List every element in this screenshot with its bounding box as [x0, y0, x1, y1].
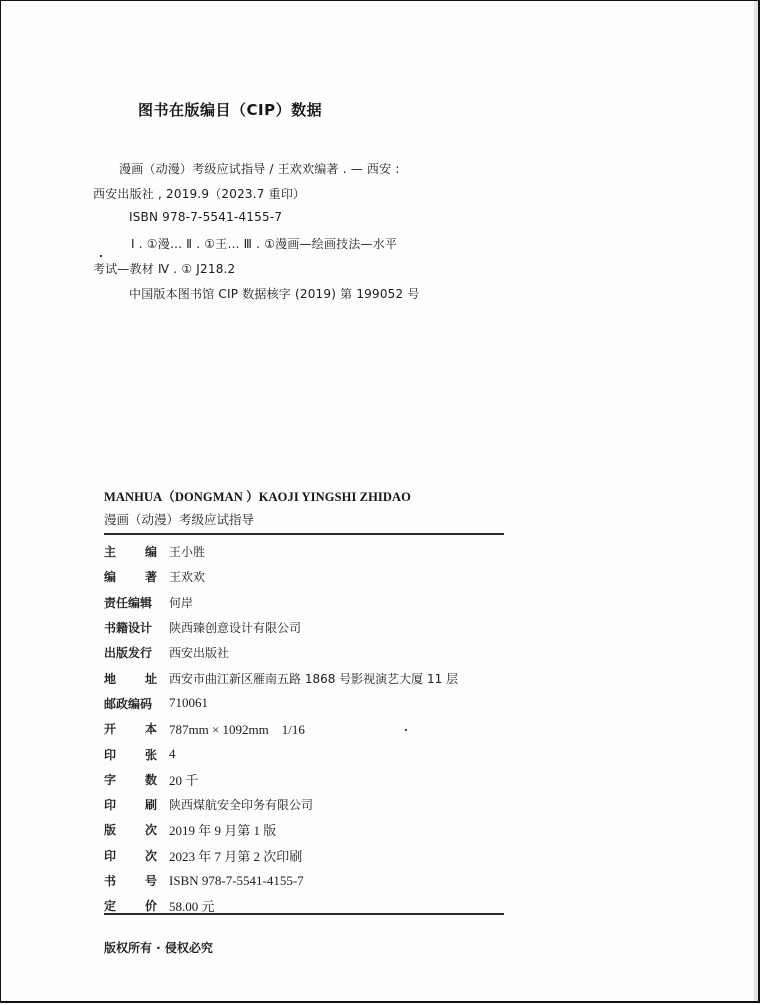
info-value: 何岸 — [169, 594, 193, 611]
book-title-pinyin: MANHUA（DONGMAN ）KAOJI YINGSHI ZHIDAO — [104, 487, 411, 505]
info-value: 2023 年 7 月第 2 次印刷 — [169, 846, 302, 865]
info-label-part: 著 — [145, 568, 157, 585]
info-row: 主编王小胜 — [104, 539, 524, 564]
top-divider — [104, 533, 504, 535]
info-value: 西安出版社 — [169, 644, 229, 661]
info-value: 2019 年 9 月第 1 版 — [169, 820, 276, 839]
info-value: ISBN 978-7-5541-4155-7 — [169, 873, 304, 889]
info-label: 编著 — [104, 568, 157, 585]
info-label: 邮政编码 — [104, 695, 157, 712]
info-label-part: 印 — [104, 796, 116, 813]
info-label-part: 出版发行 — [104, 644, 152, 661]
info-row: 书籍设计陕西臻创意设计有限公司 — [104, 615, 524, 640]
info-row: 编著王欢欢 — [104, 564, 524, 589]
info-label-part: 主 — [104, 543, 116, 560]
page-edge-shadow — [754, 1, 758, 1001]
info-row: 出版发行西安出版社 — [104, 640, 524, 665]
info-label-part: 书 — [104, 872, 116, 889]
info-label-part: 定 — [104, 897, 116, 914]
info-value: 西安市曲江新区雁南五路 1868 号影视演艺大厦 11 层 — [169, 670, 458, 687]
info-label-part: 开 — [104, 720, 116, 737]
info-label: 印次 — [104, 847, 157, 864]
info-label-part: 刷 — [145, 796, 157, 813]
info-value: 陕西煤航安全印务有限公司 — [169, 796, 313, 813]
cip-isbn: ISBN 978-7-5541-4155-7 — [129, 210, 282, 224]
info-label-part: 张 — [145, 746, 157, 763]
info-row: 印刷陕西煤航安全印务有限公司 — [104, 792, 524, 817]
info-label-part: 次 — [145, 847, 157, 864]
info-label-part: 版 — [104, 821, 116, 838]
info-value: 陕西臻创意设计有限公司 — [169, 619, 301, 636]
cip-classification-cont: 考试—教材 Ⅳ . ① J218.2 — [93, 260, 235, 277]
info-label-part: 书籍设计 — [104, 619, 152, 636]
info-label-part: 址 — [145, 670, 157, 687]
info-value: 787mm × 1092mm 1/16 — [169, 719, 305, 738]
scan-speck — [405, 729, 407, 731]
info-label-part: 责任编辑 — [104, 594, 152, 611]
cip-classification: Ⅰ . ①漫… Ⅱ . ①王… Ⅲ . ①漫画—绘画技法—水平 — [131, 235, 397, 252]
info-value: 20 千 — [169, 770, 198, 789]
info-label-part: 编 — [145, 543, 157, 560]
info-row: 定价58.00 元 — [104, 893, 524, 918]
cip-heading: 图书在版编目（CIP）数据 — [138, 99, 322, 120]
cip-line-1: 漫画（动漫）考级应试指导 / 王欢欢编著 . — 西安 : — [119, 160, 400, 177]
info-label: 版次 — [104, 821, 157, 838]
info-label: 字数 — [104, 771, 157, 788]
scan-speck — [100, 255, 102, 257]
info-label-part: 次 — [145, 821, 157, 838]
info-value: 710061 — [169, 695, 208, 711]
info-label-part: 地 — [104, 670, 116, 687]
info-row: 印张4 — [104, 741, 524, 766]
info-label: 印刷 — [104, 796, 157, 813]
info-row: 印次2023 年 7 月第 2 次印刷 — [104, 843, 524, 868]
info-label-part: 号 — [145, 872, 157, 889]
info-row: 书号ISBN 978-7-5541-4155-7 — [104, 868, 524, 893]
info-label: 定价 — [104, 897, 157, 914]
copyright-page: 图书在版编目（CIP）数据 漫画（动漫）考级应试指导 / 王欢欢编著 . — 西… — [0, 0, 760, 1003]
info-value: 王小胜 — [169, 543, 205, 560]
copyright-notice: 版权所有 · 侵权必究 — [104, 939, 213, 956]
bottom-divider — [104, 913, 504, 915]
publication-info-list: 主编王小胜编著王欢欢责任编辑何岸书籍设计陕西臻创意设计有限公司出版发行西安出版社… — [104, 539, 524, 918]
info-row: 开本787mm × 1092mm 1/16 — [104, 716, 524, 741]
info-label-part: 印 — [104, 847, 116, 864]
info-label: 书籍设计 — [104, 619, 157, 636]
info-label: 书号 — [104, 872, 157, 889]
info-label: 印张 — [104, 746, 157, 763]
info-label-part: 价 — [145, 897, 157, 914]
book-title-chinese: 漫画（动漫）考级应试指导 — [104, 510, 254, 528]
info-label: 主编 — [104, 543, 157, 560]
info-label: 责任编辑 — [104, 594, 157, 611]
info-row: 邮政编码710061 — [104, 691, 524, 716]
info-label-part: 本 — [145, 720, 157, 737]
info-row: 版次2019 年 9 月第 1 版 — [104, 817, 524, 842]
info-label-part: 字 — [104, 771, 116, 788]
info-row: 地址西安市曲江新区雁南五路 1868 号影视演艺大厦 11 层 — [104, 665, 524, 690]
info-value: 王欢欢 — [169, 568, 205, 585]
info-label-part: 数 — [145, 771, 157, 788]
info-label-part: 邮政编码 — [104, 695, 152, 712]
info-label: 出版发行 — [104, 644, 157, 661]
info-row: 字数20 千 — [104, 767, 524, 792]
cip-record-number: 中国版本图书馆 CIP 数据核字 (2019) 第 199052 号 — [129, 285, 420, 302]
info-row: 责任编辑何岸 — [104, 590, 524, 615]
info-value: 4 — [169, 746, 176, 762]
info-label-part: 印 — [104, 746, 116, 763]
info-label: 开本 — [104, 720, 157, 737]
info-label-part: 编 — [104, 568, 116, 585]
info-label: 地址 — [104, 670, 157, 687]
cip-line-2: 西安出版社 , 2019.9（2023.7 重印） — [93, 185, 305, 202]
